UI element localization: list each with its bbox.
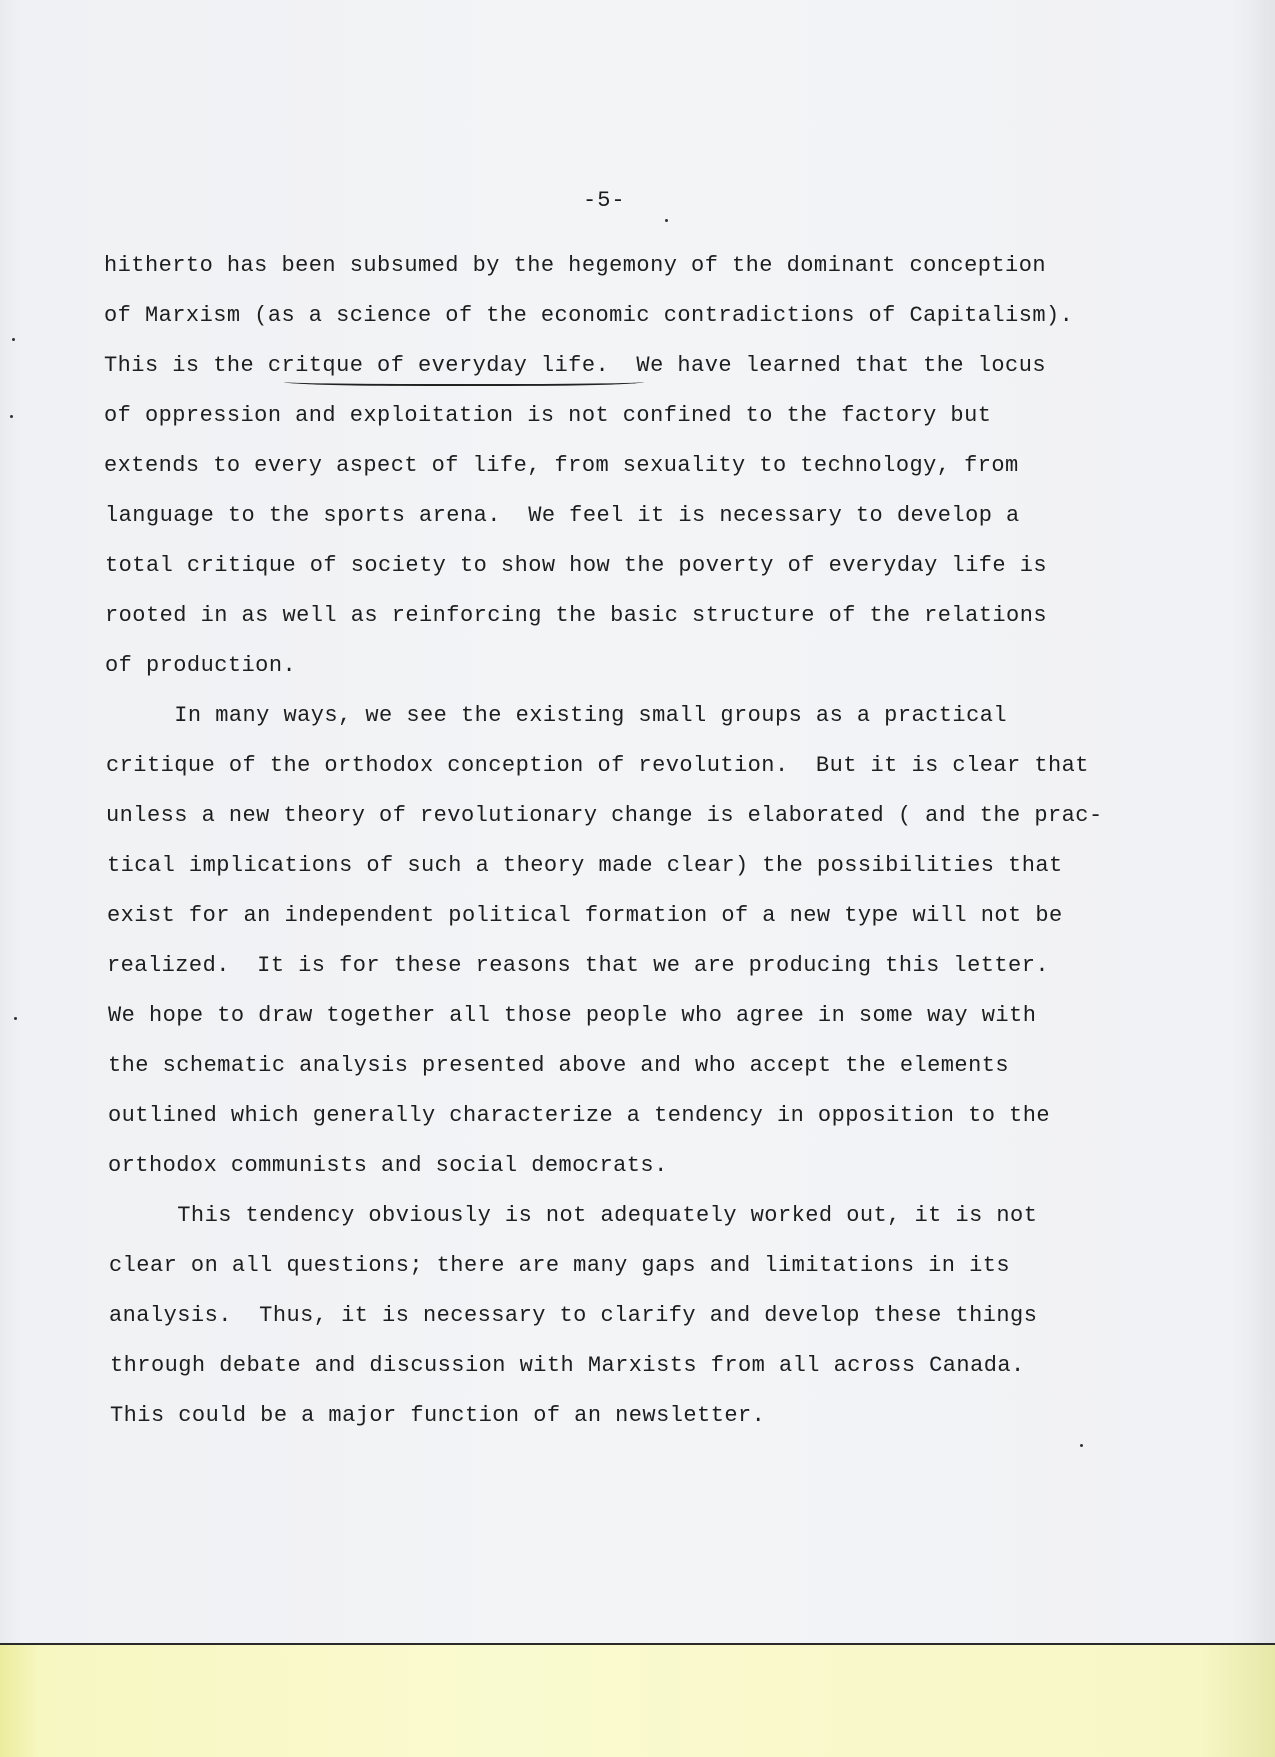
text-line-22: analysis. Thus, it is necessary to clari… <box>109 1302 1037 1330</box>
text-line-2: of Marxism (as a science of the economic… <box>104 302 1073 330</box>
text-line-15: realized. It is for these reasons that w… <box>107 952 1049 980</box>
text-line-6: language to the sports arena. We feel it… <box>105 502 1020 530</box>
scan-speck <box>12 338 15 341</box>
text-line-19: orthodox communists and social democrats… <box>108 1152 668 1180</box>
text-line-8: rooted in as well as reinforcing the bas… <box>105 602 1047 630</box>
scanner-backing-strip <box>0 1643 1275 1755</box>
text-line-13: tical implications of such a theory made… <box>107 852 1063 880</box>
text-line-1: hitherto has been subsumed by the hegemo… <box>104 252 1046 280</box>
text-line-17: the schematic analysis presented above a… <box>108 1052 1009 1080</box>
page-number: -5- <box>583 188 626 213</box>
scan-speck <box>14 1017 17 1020</box>
scan-speck <box>1080 1444 1083 1447</box>
text-line-21: clear on all questions; there are many g… <box>109 1252 1010 1280</box>
text-line-11: critique of the orthodox conception of r… <box>106 752 1089 780</box>
text-line-14: exist for an independent political forma… <box>107 902 1063 930</box>
text-line-20: This tendency obviously is not adequatel… <box>109 1202 1037 1230</box>
page-edge-shadow <box>1253 0 1275 1643</box>
scan-speck <box>10 415 13 418</box>
text-line-23: through debate and discussion with Marxi… <box>110 1352 1025 1380</box>
text-line-24: This could be a major function of an new… <box>110 1402 765 1430</box>
document-page: -5- hitherto has been subsumed by the he… <box>0 0 1275 1643</box>
text-line-10: In many ways, we see the existing small … <box>106 702 1007 730</box>
text-line-18: outlined which generally characterize a … <box>108 1102 1050 1130</box>
text-line-5: extends to every aspect of life, from se… <box>104 452 1019 480</box>
text-line-7: total critique of society to show how th… <box>105 552 1047 580</box>
scan-speck <box>665 219 668 222</box>
text-line-4: of oppression and exploitation is not co… <box>104 402 991 430</box>
text-line-16: We hope to draw together all those peopl… <box>108 1002 1036 1030</box>
underline-critique-everyday-life <box>284 376 644 386</box>
text-line-9: of production. <box>105 652 296 680</box>
text-line-12: unless a new theory of revolutionary cha… <box>106 802 1103 830</box>
